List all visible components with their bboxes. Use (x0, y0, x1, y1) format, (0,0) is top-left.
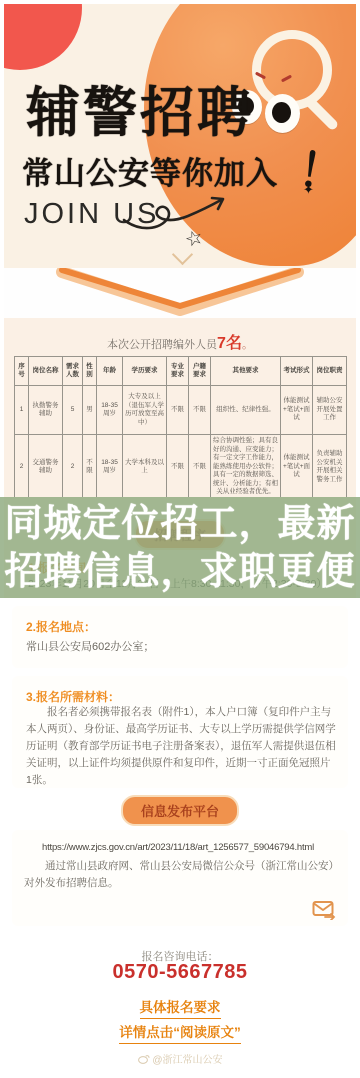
read-original-link[interactable]: 详情点击“阅读原文” (0, 1021, 360, 1044)
cell: 18-35周岁 (97, 435, 123, 500)
watermark-text: @浙江常山公安 (152, 1055, 222, 1066)
cell: 1 (15, 386, 29, 435)
signup-location-text: 常山县公安局602办公室； (26, 638, 334, 654)
red-circle-decoration (4, 4, 82, 70)
cartoon-eye-icon (265, 94, 300, 133)
footer-requirements-link[interactable]: 具体报名要求 (0, 996, 360, 1019)
watermark: @浙江常山公安 (0, 1051, 360, 1066)
divider-zone (4, 268, 356, 318)
doodle-arrow-icon (122, 190, 232, 236)
banner-subtitle: 常山公安等你加入 (22, 148, 278, 193)
cell: 交通警务辅助 (29, 435, 63, 500)
table-intro: 本次公开招聘编外人员7名。 (4, 330, 356, 353)
col-header: 学历要求 (123, 357, 167, 386)
intro-prefix: 本次公开招聘编外人员 (107, 339, 217, 351)
announcement-url[interactable]: https://www.zjcs.gov.cn/art/2023/11/18/a… (42, 842, 340, 853)
platform-card: https://www.zjcs.gov.cn/art/2023/11/18/a… (12, 830, 348, 926)
table-row: 2 交通警务辅助 2 不限 18-35周岁 大学本科及以上 不限 不限 综合协调… (15, 435, 347, 500)
phone-number[interactable]: 0570-5667785 (0, 961, 360, 984)
signup-location-card: 2.报名地点： 常山县公安局602办公室； (12, 606, 348, 668)
cell: 负责辅助公安机关开展相关警务工作 (313, 435, 347, 500)
cell: 体能测试+笔试+面试 (281, 386, 313, 435)
col-header: 性别 (83, 357, 97, 386)
col-header: 需求人数 (63, 357, 83, 386)
cell: 男 (83, 386, 97, 435)
cell: 辅助公安开展处置工作 (313, 386, 347, 435)
headcount: 7名 (217, 335, 242, 352)
caption-line1: 同城定位招工，最新 (4, 503, 355, 545)
cell: 5 (63, 386, 83, 435)
green-caption-overlay: 同城定位招工，最新 招聘信息，求职更便 (0, 497, 360, 598)
cell: 2 (63, 435, 83, 500)
caption-line2: 招聘信息，求职更便 (4, 551, 355, 593)
materials-card: 3.报名所需材料： 报名者必须携带报名表（附件1），本人户口簿（复印件户主与本人… (12, 676, 348, 788)
cell: 大专及以上（退伍军人学历可放宽至高中） (123, 386, 167, 435)
cell: 综合协调性强；具有良好的沟通、应变能力；有一定文字工作能力，能熟练使用办公软件；… (211, 435, 281, 500)
cell: 不限 (167, 435, 189, 500)
recruit-banner: 辅警招聘 常山公安等你加入 ！ ✦ JOIN US ☆ (4, 4, 356, 268)
platform-text: 通过常山县政府网、常山县公安局微信公众号（浙江常山公安）对外发布招聘信息。 (24, 858, 336, 892)
signup-location-title: 2.报名地点： (26, 618, 96, 635)
col-header: 年龄 (97, 357, 123, 386)
cell: 不限 (83, 435, 97, 500)
cell: 大学本科及以上 (123, 435, 167, 500)
platform-badge: 信息发布平台 (121, 795, 239, 826)
cell: 执勤警务辅助 (29, 386, 63, 435)
col-header: 户籍要求 (189, 357, 211, 386)
col-header: 岗位名称 (29, 357, 63, 386)
cell: 18-35周岁 (97, 386, 123, 435)
banner-title: 辅警招聘 (26, 70, 254, 147)
positions-table: 序号 岗位名称 需求人数 性别 年龄 学历要求 专业要求 户籍要求 其他要求 考… (14, 356, 347, 500)
cell: 不限 (189, 386, 211, 435)
col-header: 岗位职责 (313, 357, 347, 386)
cell: 组织性、纪律性强。 (211, 386, 281, 435)
materials-text: 报名者必须携带报名表（附件1），本人户口簿（复印件户主与本人两页）、身份证、最高… (26, 704, 336, 789)
recruit-table-card: 本次公开招聘编外人员7名。 序号 岗位名称 需求人数 性别 年龄 学历要求 专业… (4, 318, 356, 497)
orange-chevron-icon (4, 268, 356, 318)
article-page: 辅警招聘 常山公安等你加入 ！ ✦ JOIN US ☆ 本次公开招聘编外人员7名… (0, 0, 360, 1078)
table-row: 1 执勤警务辅助 5 男 18-35周岁 大专及以上（退伍军人学历可放宽至高中）… (15, 386, 347, 435)
materials-title: 3.报名所需材料： (26, 688, 120, 705)
col-header: 其他要求 (211, 357, 281, 386)
cell: 2 (15, 435, 29, 500)
col-header: 考试形式 (281, 357, 313, 386)
col-header: 专业要求 (167, 357, 189, 386)
envelope-icon (312, 900, 336, 920)
col-header: 序号 (15, 357, 29, 386)
sparkle-icon: ✦ (303, 182, 314, 198)
cell: 体能测试+笔试+面试 (281, 435, 313, 500)
weibo-icon (138, 1054, 150, 1064)
cell: 不限 (167, 386, 189, 435)
cell: 不限 (189, 435, 211, 500)
table-header-row: 序号 岗位名称 需求人数 性别 年龄 学历要求 专业要求 户籍要求 其他要求 考… (15, 357, 347, 386)
